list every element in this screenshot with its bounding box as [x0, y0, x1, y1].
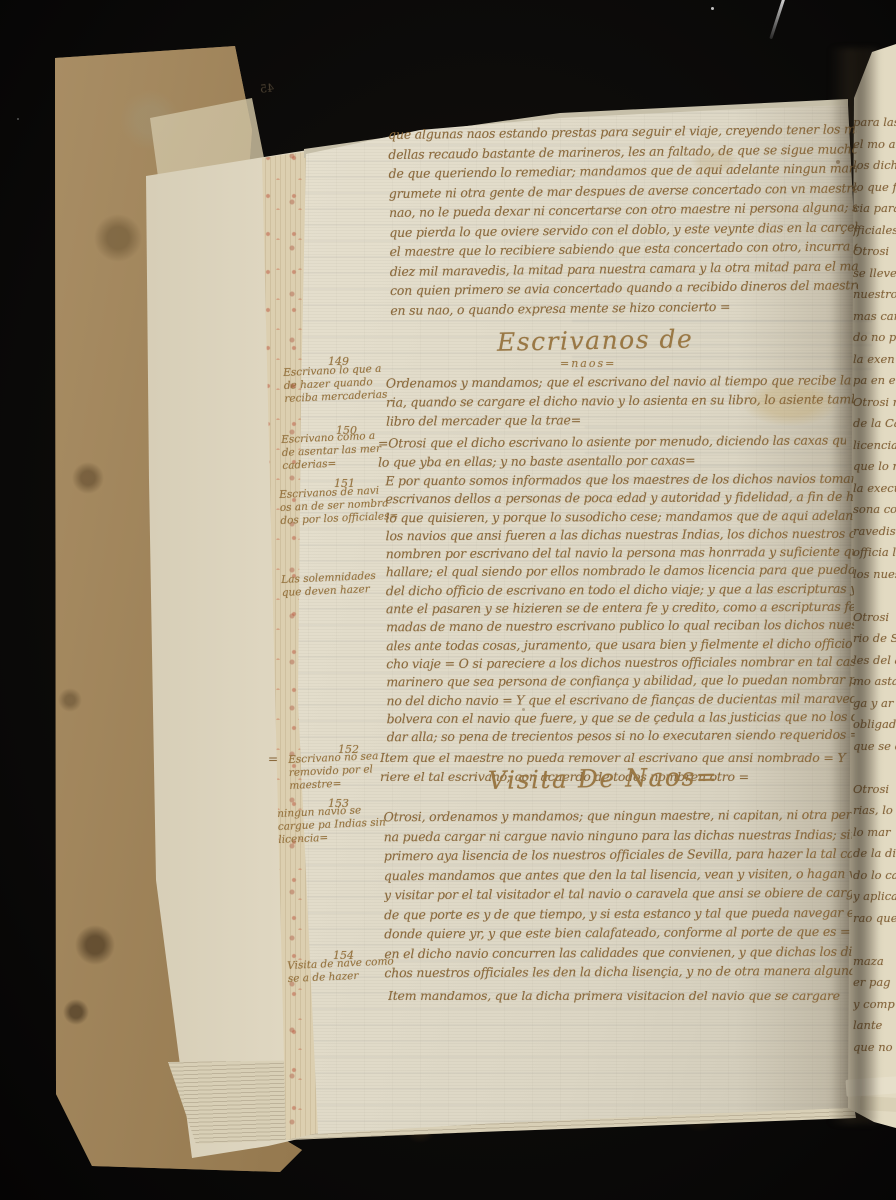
margin-note-153: ningun navio secargue pa Indias sinlicen… — [277, 803, 391, 847]
section-154-body: Item mandamos, que la dicha primera visi… — [388, 988, 856, 1003]
manuscript-line: donde quiere yr, y que este bien calafat… — [384, 922, 852, 944]
manuscript-line: libro del mercader que la trae= — [386, 408, 854, 430]
section-151-body: E por quanto somos informados que los ma… — [385, 470, 854, 747]
manuscript-line: hallare; el qual siendo por ellos nombra… — [386, 561, 854, 582]
heading-visita-de-naos: Visita De Naos= — [488, 762, 719, 795]
intro-paragraph: que algunas naos estando prestas para se… — [388, 119, 858, 320]
manuscript-line: ria, quando se cargare el dicho navio y … — [386, 389, 854, 411]
manuscript-photograph: 45 que algunas naos estando prestas para… — [0, 0, 896, 1200]
manuscript-line: lo que yba en ellas; y no baste asentall… — [378, 450, 846, 472]
manuscript-line: madas de mano de nuestro escrivano publi… — [386, 616, 854, 637]
margin-equals-mark: = — [268, 752, 278, 766]
manuscript-line: =Otrosi que el dicho escrivano lo asient… — [378, 431, 846, 453]
dust-speck — [17, 118, 19, 120]
folio-mark: 45 — [259, 81, 274, 95]
gutter-shadow — [830, 48, 878, 1124]
manuscript-line: bolvera con el navio que fuere, y que se… — [387, 708, 855, 729]
dust-speck — [711, 7, 714, 10]
manuscript-line: del dicho officio de escrivano en todo e… — [386, 580, 854, 601]
section-149-body: Ordenamos y mandamos; que el escrivano d… — [386, 370, 854, 430]
manuscript-line: escrivanos dellos a personas de poca eda… — [385, 488, 853, 509]
manuscript-line: quales mandamos que antes que den la tal… — [384, 863, 852, 885]
manuscript-line: Item mandamos, que la dicha primera visi… — [388, 988, 856, 1003]
manuscript-line: chos nuestros officiales les den la dich… — [384, 961, 852, 983]
manuscript-line: E por quanto somos informados que los ma… — [385, 470, 853, 491]
margin-note-149: Escrivano lo que ade hazer quandoreciba … — [283, 362, 397, 406]
margin-note-solemnidades: Las solemnidadesque deven hazer — [281, 569, 394, 600]
manuscript-line: de que porte es y de que tiempo, y si es… — [384, 902, 852, 924]
manuscript-line: ales ante todas cosas, juramento, que us… — [386, 634, 854, 655]
manuscript-line: y visitar por el tal visitador el tal na… — [384, 883, 852, 905]
section-153-body: Otrosi, ordenamos y mandamos; que ningun… — [384, 805, 853, 983]
manuscript-line: en el dicho navio concurren las calidade… — [384, 941, 852, 963]
heading-escrivanos-de: Escrivanos de — [497, 324, 694, 356]
margin-note-151: Escrivanos de navios an de ser nombrados… — [279, 484, 393, 528]
manuscript-line: na pueda cargar ni cargue navio ninguno … — [384, 824, 852, 846]
section-150-body: =Otrosi que el dicho escrivano lo asient… — [378, 431, 846, 471]
manuscript-line: lo que quisieren, y porque lo susodicho … — [385, 506, 853, 527]
manuscript-line: Otrosi, ordenamos y mandamos; que ningun… — [384, 805, 852, 827]
manuscript-line: no del dicho navio = Y que el escrivano … — [386, 689, 854, 710]
heading-naos-subtitle: =naos= — [560, 357, 616, 370]
margin-note-154: Visita de nave comose a de hazer — [287, 955, 400, 986]
manuscript-line: marinero que sea persona de confiança y … — [386, 671, 854, 692]
manuscript-line: primero aya lisencia de los nuestros off… — [384, 844, 852, 866]
manuscript-line: los navios que ansi fueren a las dichas … — [386, 525, 854, 546]
manuscript-line: ante el pasaren y se hizieren se de ente… — [386, 598, 854, 619]
manuscript-line: cho viaje = O si pareciere a los dichos … — [386, 653, 854, 674]
manuscript-line: dar alla; so pena de trecientos pesos si… — [387, 726, 855, 747]
film-scratch — [769, 0, 785, 39]
manuscript-line: nombren por escrivano del tal navio la p… — [386, 543, 854, 564]
